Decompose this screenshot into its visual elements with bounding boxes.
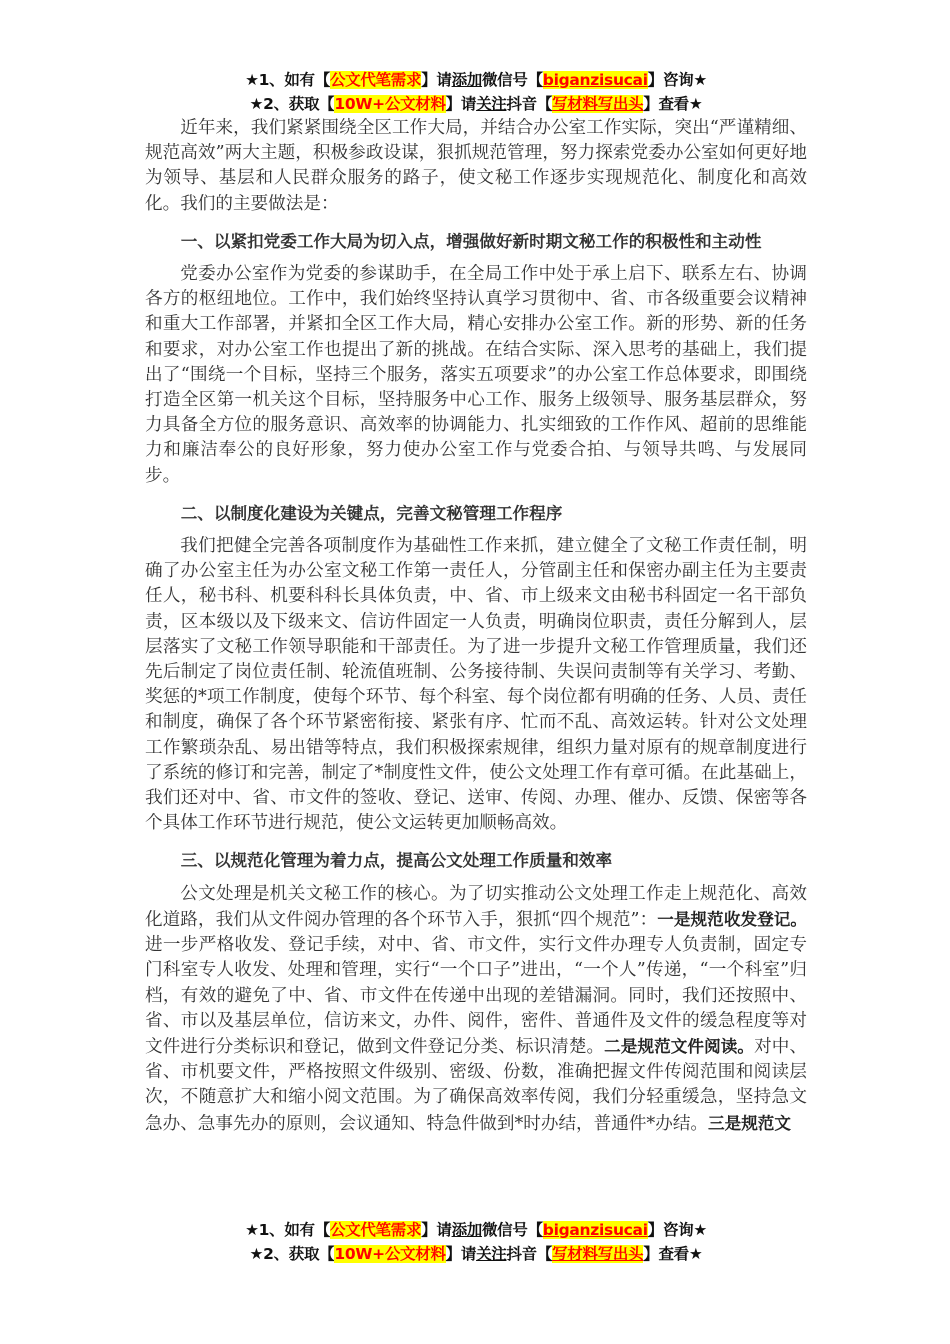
promo-text: 微信号【 <box>482 1221 543 1239</box>
bold-subheading-1: 一是规范收发登记。 <box>657 910 807 929</box>
promo-line-2: ★2、获取【10W+公文材料】请关注抖音【写材料写出头】查看★ <box>145 1242 807 1266</box>
promo-douyin-account[interactable]: 写材料写出头 <box>552 1245 643 1263</box>
section-body-2: 我们把健全完善各项制度作为基础性工作来抓，建立健全了文秘工作责任制，明确了办公室… <box>145 534 807 836</box>
promo-add-link[interactable]: 添加 <box>452 71 482 89</box>
promo-banner-bottom: ★1、如有【公文代笔需求】请添加微信号【biganzisucai】咨询★ ★2、… <box>145 1218 807 1266</box>
promo-text: 】请 <box>421 1221 451 1239</box>
promo-line-1: ★1、如有【公文代笔需求】请添加微信号【biganzisucai】咨询★ <box>145 1218 807 1242</box>
promo-add-link[interactable]: 添加 <box>452 1221 482 1239</box>
promo-wechat-id[interactable]: biganzisucai <box>543 1221 648 1239</box>
promo-text: 】咨询★ <box>648 1221 707 1239</box>
promo-text: 】查看★ <box>643 1245 702 1263</box>
promo-text: 】查看★ <box>643 95 702 113</box>
section-heading-1: 一、以紧扣党委工作大局为切入点，增强做好新时期文秘工作的积极性和主动性 <box>145 229 807 254</box>
promo-text: ★2、获取【 <box>250 95 335 113</box>
promo-text: 】请 <box>446 95 476 113</box>
promo-text: 】请 <box>446 1245 476 1263</box>
promo-douyin-account[interactable]: 写材料写出头 <box>552 95 643 113</box>
promo-text: 】请 <box>421 71 451 89</box>
section-body-3: 公文处理是机关文秘工作的核心。为了切实推动公文处理工作走上规范化、高效化道路，我… <box>145 882 807 1137</box>
promo-text: 抖音【 <box>506 1245 552 1263</box>
promo-line-2: ★2、获取【10W+公文材料】请关注抖音【写材料写出头】查看★ <box>145 92 807 116</box>
promo-wechat-id[interactable]: biganzisucai <box>543 71 648 89</box>
promo-highlight-materials: 10W+公文材料 <box>334 95 445 113</box>
promo-follow-link[interactable]: 关注 <box>476 1245 506 1263</box>
section-body-1: 党委办公室作为党委的参谋助手，在全局工作中处于承上启下、联系左右、协调各方的枢纽… <box>145 262 807 489</box>
promo-banner-top: ★1、如有【公文代笔需求】请添加微信号【biganzisucai】咨询★ ★2、… <box>145 68 807 116</box>
promo-highlight-writing-service: 公文代笔需求 <box>330 1221 421 1239</box>
section-heading-3: 三、以规范化管理为着力点，提高公文处理工作质量和效率 <box>145 848 807 873</box>
promo-highlight-writing-service: 公文代笔需求 <box>330 71 421 89</box>
document-page: ★1、如有【公文代笔需求】请添加微信号【biganzisucai】咨询★ ★2、… <box>145 68 807 1137</box>
promo-text: ★1、如有【 <box>245 1221 330 1239</box>
bold-subheading-2: 二是规范文件阅读。 <box>604 1037 754 1056</box>
section-heading-2: 二、以制度化建设为关键点，完善文秘管理工作程序 <box>145 501 807 526</box>
promo-text: 】咨询★ <box>648 71 707 89</box>
promo-highlight-materials: 10W+公文材料 <box>334 1245 445 1263</box>
promo-text: 微信号【 <box>482 71 543 89</box>
intro-paragraph: 近年来，我们紧紧围绕全区工作大局，并结合办公室工作实际，突出“严谨精细、规范高效… <box>145 116 807 217</box>
promo-follow-link[interactable]: 关注 <box>476 95 506 113</box>
bold-subheading-3: 三是规范文 <box>708 1114 791 1133</box>
promo-line-1: ★1、如有【公文代笔需求】请添加微信号【biganzisucai】咨询★ <box>145 68 807 92</box>
promo-text: 抖音【 <box>506 95 552 113</box>
promo-text: ★1、如有【 <box>245 71 330 89</box>
promo-text: ★2、获取【 <box>250 1245 335 1263</box>
